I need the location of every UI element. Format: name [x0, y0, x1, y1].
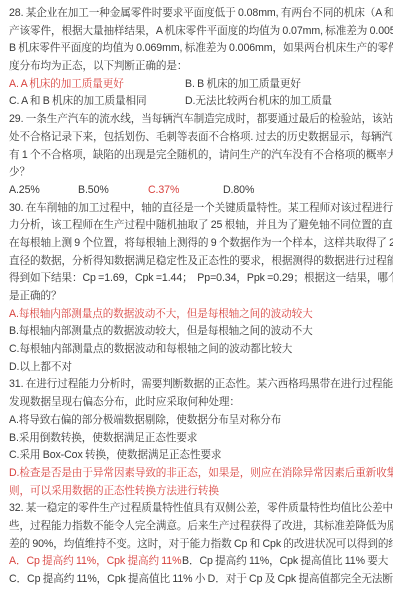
text-run: 在每根轴上测 9 个位置，将每根轴上测得的 9 个数据作为一个样本，这样共取得了… [9, 237, 393, 249]
question-30-line-10: D.以上都不对 [9, 359, 387, 377]
text-run: A.将导致右偏的部分极端数据剔除，使数据分布呈对称分布 [9, 414, 281, 426]
question-28-line-2: 产该零件，根据大量抽样结果，A 机床零件平面度的均值为 0.07mm, 标准差为… [9, 23, 387, 41]
text-run: D.以上都不对 [9, 361, 72, 373]
question-28-line-5: A. A 机床的加工质量更好B. B 机床的加工质量更好 [9, 76, 387, 94]
question-29-line-1: 29. 一条生产汽车的流水线，当每辆汽车制造完成时，都要通过最后的检验站，该站把… [9, 111, 387, 129]
text-run: 度分布均为正态，以下判断正确的是： [9, 60, 187, 72]
text-run: 些，过程能力指数不能令人完全满意。后来生产过程获得了改进，其标准差降低为原来标准 [9, 520, 393, 532]
text-run: 发现数据呈现右偏态分布，此时应采取何种处理： [9, 396, 240, 408]
question-31-line-2: 发现数据呈现右偏态分布，此时应采取何种处理： [9, 394, 387, 412]
text-run: D.无法比较两台机床的加工质量 [185, 95, 332, 107]
text-run: 32. 某一稳定的零件生产过程质量特性值具有双侧公差，零件质量特性均值比公差中心… [9, 502, 393, 514]
question-30-line-8: B.每根轴内部测量点的数据波动较大，但是每根轴之间的波动不大 [9, 323, 387, 341]
marked-answer-text: 则，可以采用数据的正态性转换方法进行转换 [9, 485, 219, 497]
marked-answer-text: D.检查是否是由于异常因素导致的非正态，如果是，则应在消除异常因素后重新收集数据… [9, 467, 393, 479]
text-run: 29. 一条生产汽车的流水线，当每辆汽车制造完成时，都要通过最后的检验站，该站把… [9, 113, 393, 125]
question-31-line-7: 则，可以采用数据的正态性转换方法进行转换 [9, 483, 387, 501]
text-run: 31. 在进行过程能力分析时，需要判断数据的正态性。某六西格玛黑带在进行过程能力… [9, 378, 393, 390]
exam-document-page: 28. 某企业在加工一种金属零件时要求平面度低于 0.08mm, 有两台不同的机… [0, 0, 393, 594]
question-30-line-3: 在每根轴上测 9 个位置，将每根轴上测得的 9 个数据作为一个样本，这样共取得了… [9, 235, 387, 253]
question-30-line-2: 力分析，该工程师在生产过程中随机抽取了 25 根轴，并且为了避免轴不同位置的直径… [9, 217, 387, 235]
question-32-line-4: A．Cp 提高约 11%，Cpk 提高约 11%B．Cp 提高约 11%，Cpk… [9, 553, 387, 571]
text-run: B.50% [78, 182, 148, 200]
question-32-line-5: C．Cp 提高约 11%，Cpk 提高值比 11% 小 D．对于 Cp 及 Cp… [9, 571, 387, 589]
text-run: 得到如下结果：Cp =1.69，Cpk =1.44； Pp=0.34，Ppk =… [9, 272, 393, 284]
text-run: B.采用倒数转换，使数据满足正态性要求 [9, 432, 197, 444]
question-29-line-5: A.25%B.50%C.37%D.80% [9, 182, 387, 200]
text-run: 28. 某企业在加工一种金属零件时要求平面度低于 0.08mm, 有两台不同的机… [9, 7, 393, 19]
marked-answer-text: C.37% [148, 182, 223, 200]
question-30-line-1: 30. 在车削轴的加工过程中，轴的直径是一个关键质量特性。某工程师对该过程进行了… [9, 200, 387, 218]
text-run: 少？ [9, 166, 30, 178]
text-run: 处不合格记录下来，包括划伤、毛刺等表面不合格项. 过去的历史数据显示，每辆汽车平… [9, 131, 393, 143]
text-run: B 机床零件平面度的均值为 0.069mm, 标准差为 0.006mm，如果两台… [9, 42, 393, 54]
text-run: C.采用 Box-Cox 转换，使数据满足正态性要求 [9, 449, 221, 461]
text-run: 30. 在车削轴的加工过程中，轴的直径是一个关键质量特性。某工程师对该过程进行了… [9, 202, 393, 214]
question-30-line-5: 得到如下结果：Cp =1.69，Cpk =1.44； Pp=0.34，Ppk =… [9, 270, 387, 288]
text-run: C．Cp 提高约 11%，Cpk 提高值比 11% 小 D．对于 Cp 及 Cp… [9, 573, 393, 585]
question-29-line-2: 处不合格记录下来，包括划伤、毛刺等表面不合格项. 过去的历史数据显示，每辆汽车平… [9, 129, 387, 147]
text-run: B．Cp 提高约 11%，Cpk 提高值比 11% 要大 [182, 555, 388, 567]
text-run: C. A 和 B 机床的加工质量相同 [9, 93, 185, 111]
question-32-line-1: 32. 某一稳定的零件生产过程质量特性值具有双侧公差，零件质量特性均值比公差中心… [9, 500, 387, 518]
text-run: 力分析，该工程师在生产过程中随机抽取了 25 根轴，并且为了避免轴不同位置的直径… [9, 219, 393, 231]
question-29-line-4: 少？ [9, 164, 387, 182]
marked-answer-text: A.每根轴内部测量点的数据波动不大，但是每根轴之间的波动较大 [9, 308, 313, 320]
question-28-line-3: B 机床零件平面度的均值为 0.069mm, 标准差为 0.006mm，如果两台… [9, 40, 387, 58]
text-run: 是正确的？ [9, 290, 61, 302]
text-run: D.80% [223, 184, 254, 196]
question-31-line-1: 31. 在进行过程能力分析时，需要判断数据的正态性。某六西格玛黑带在进行过程能力… [9, 376, 387, 394]
question-28-line-4: 度分布均为正态，以下判断正确的是： [9, 58, 387, 76]
question-31-line-6: D.检查是否是由于异常因素导致的非正态，如果是，则应在消除异常因素后重新收集数据… [9, 465, 387, 483]
question-30-line-9: C.每根轴内部测量点的数据波动和每根轴之间的波动都比较大 [9, 341, 387, 359]
question-31-line-5: C.采用 Box-Cox 转换，使数据满足正态性要求 [9, 447, 387, 465]
question-32-line-2: 些，过程能力指数不能令人完全满意。后来生产过程获得了改进，其标准差降低为原来标准 [9, 518, 387, 536]
question-31-line-3: A.将导致右偏的部分极端数据剔除，使数据分布呈对称分布 [9, 412, 387, 430]
text-run: 产该零件，根据大量抽样结果，A 机床零件平面度的均值为 0.07mm, 标准差为… [9, 25, 393, 37]
question-31-line-4: B.采用倒数转换，使数据满足正态性要求 [9, 430, 387, 448]
text-run: B. B 机床的加工质量更好 [185, 78, 301, 90]
question-32-line-3: 差的 90%，均值维持不变。这时，对于能力指数 Cp 和 Cpk 的改进状况可以… [9, 536, 387, 554]
text-run: B.每根轴内部测量点的数据波动较大，但是每根轴之间的波动不大 [9, 325, 313, 337]
exam-questions-body: 28. 某企业在加工一种金属零件时要求平面度低于 0.08mm, 有两台不同的机… [9, 5, 387, 589]
marked-answer-text: A. A 机床的加工质量更好 [9, 76, 185, 94]
text-run: 差的 90%，均值维持不变。这时，对于能力指数 Cp 和 Cpk 的改进状况可以… [9, 538, 393, 550]
question-28-line-1: 28. 某企业在加工一种金属零件时要求平面度低于 0.08mm, 有两台不同的机… [9, 5, 387, 23]
question-30-line-6: 是正确的？ [9, 288, 387, 306]
marked-answer-text: A．Cp 提高约 11%，Cpk 提高约 11% [9, 553, 182, 571]
text-run: C.每根轴内部测量点的数据波动和每根轴之间的波动都比较大 [9, 343, 292, 355]
question-30-line-7: A.每根轴内部测量点的数据波动不大，但是每根轴之间的波动较大 [9, 306, 387, 324]
question-28-line-6: C. A 和 B 机床的加工质量相同D.无法比较两台机床的加工质量 [9, 93, 387, 111]
text-run: 有 1 个不合格项，缺陷的出现是完全随机的，请问生产的汽车没有不合格项的概率大约… [9, 149, 393, 161]
question-30-line-4: 直径的数据，分析得知数据满足稳定性及正态性的要求，根据测得的数据进行过程能力分析 [9, 253, 387, 271]
text-run: 直径的数据，分析得知数据满足稳定性及正态性的要求，根据测得的数据进行过程能力分析 [9, 255, 393, 267]
question-29-line-3: 有 1 个不合格项，缺陷的出现是完全随机的，请问生产的汽车没有不合格项的概率大约… [9, 147, 387, 165]
text-run: A.25% [9, 182, 78, 200]
